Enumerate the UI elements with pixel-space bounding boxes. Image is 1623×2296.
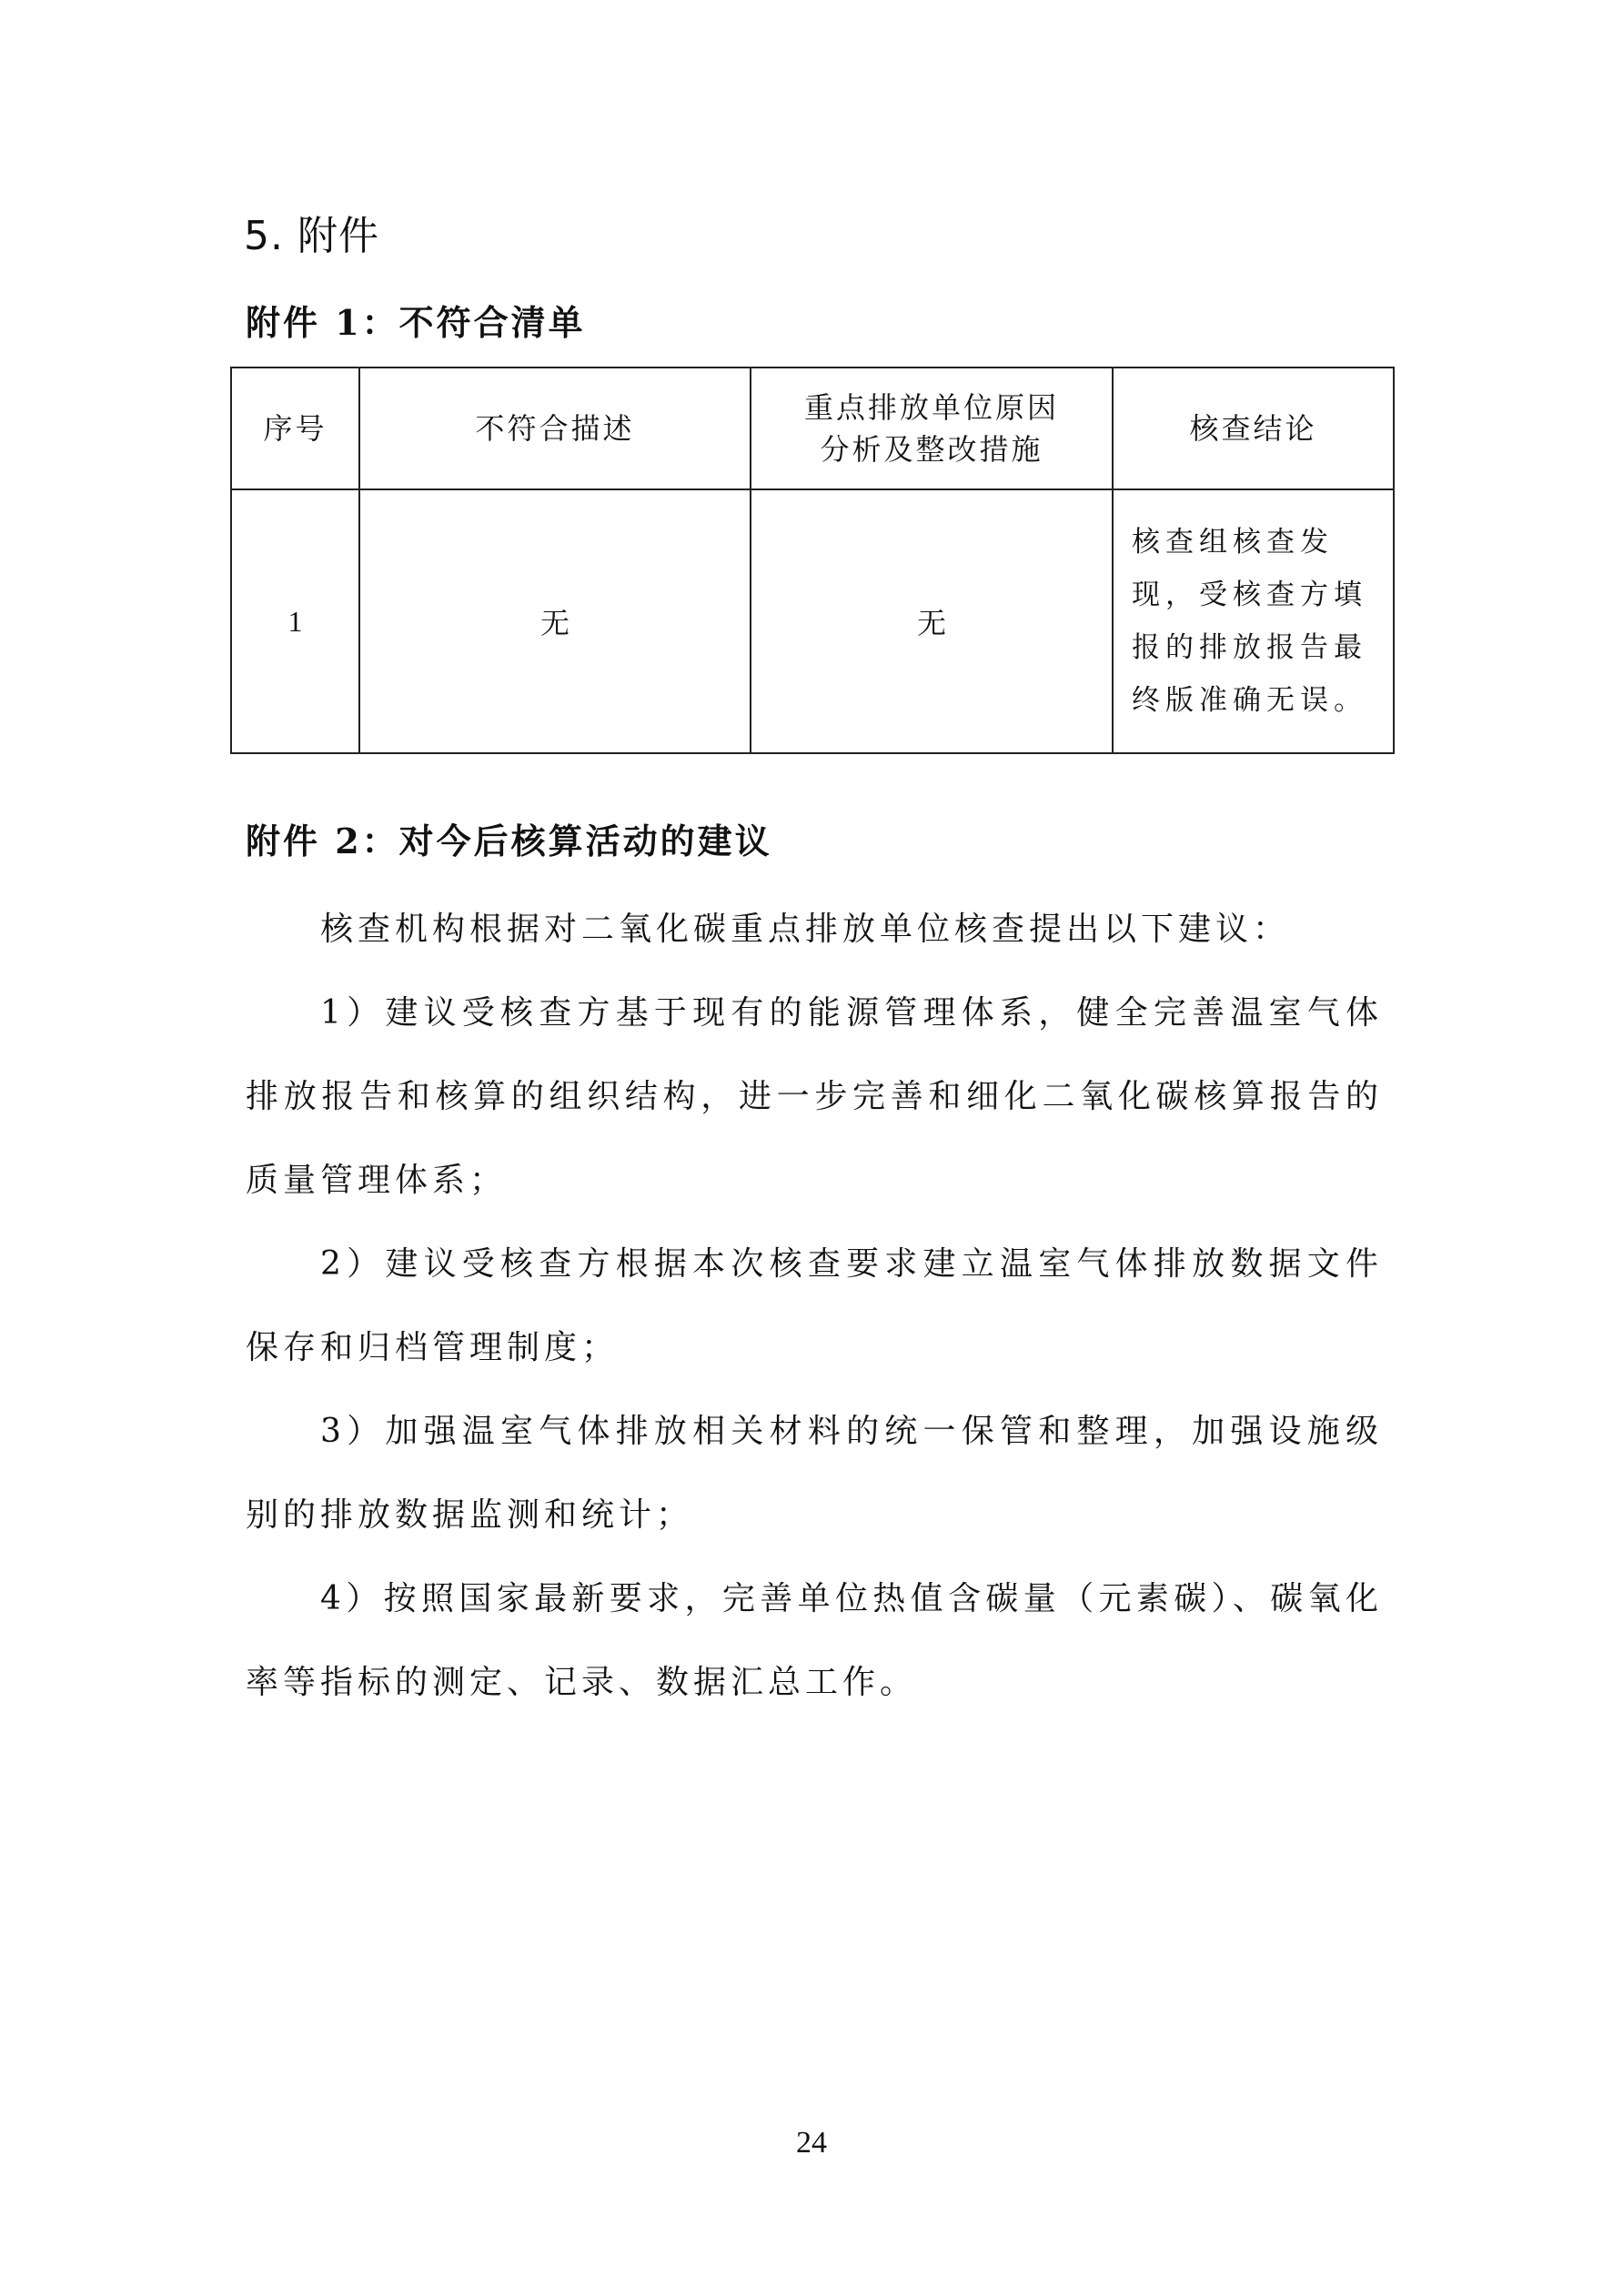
header-analysis-text: 重点排放单位原因分析及整改措施 (804, 390, 1059, 467)
attachment-2-title: 附件 2：对今后核算活动的建议 (246, 819, 772, 864)
recommendation-item-3: 3）加强温室气体排放相关材料的统一保管和整理，加强设施级别的排放数据监测和统计； (246, 1390, 1383, 1557)
cell-index: 1 (231, 489, 359, 753)
header-conclusion: 核查结论 (1113, 368, 1394, 489)
recommendation-item-4: 4）按照国家最新要求，完善单位热值含碳量（元素碳）、碳氧化率等指标的测定、记录、… (246, 1557, 1383, 1725)
attachment-1-title: 附件 1：不符合清单 (246, 300, 586, 346)
document-page: 5. 附件 附件 1：不符合清单 序号 不符合描述 重点排放单位原因分析及整改措… (0, 0, 1623, 2296)
page-number: 24 (0, 2125, 1623, 2161)
section-title: 5. 附件 (244, 209, 379, 264)
table-header-row: 序号 不符合描述 重点排放单位原因分析及整改措施 核查结论 (231, 368, 1394, 489)
recommendation-intro: 核查机构根据对二氧化碳重点排放单位核查提出以下建议： (246, 888, 1383, 972)
nonconformity-table: 序号 不符合描述 重点排放单位原因分析及整改措施 核查结论 1 无 无 核查组核… (230, 367, 1395, 754)
cell-analysis: 无 (751, 489, 1113, 753)
header-analysis: 重点排放单位原因分析及整改措施 (751, 368, 1113, 489)
header-index: 序号 (231, 368, 359, 489)
cell-conclusion: 核查组核查发现，受核查方填报的排放报告最终版准确无误。 (1113, 489, 1394, 753)
recommendation-item-1: 1）建议受核查方基于现有的能源管理体系，健全完善温室气体排放报告和核算的组织结构… (246, 972, 1383, 1223)
header-description: 不符合描述 (359, 368, 751, 489)
table-row: 1 无 无 核查组核查发现，受核查方填报的排放报告最终版准确无误。 (231, 489, 1394, 753)
cell-description: 无 (359, 489, 751, 753)
recommendation-item-2: 2）建议受核查方根据本次核查要求建立温室气体排放数据文件保存和归档管理制度； (246, 1223, 1383, 1390)
